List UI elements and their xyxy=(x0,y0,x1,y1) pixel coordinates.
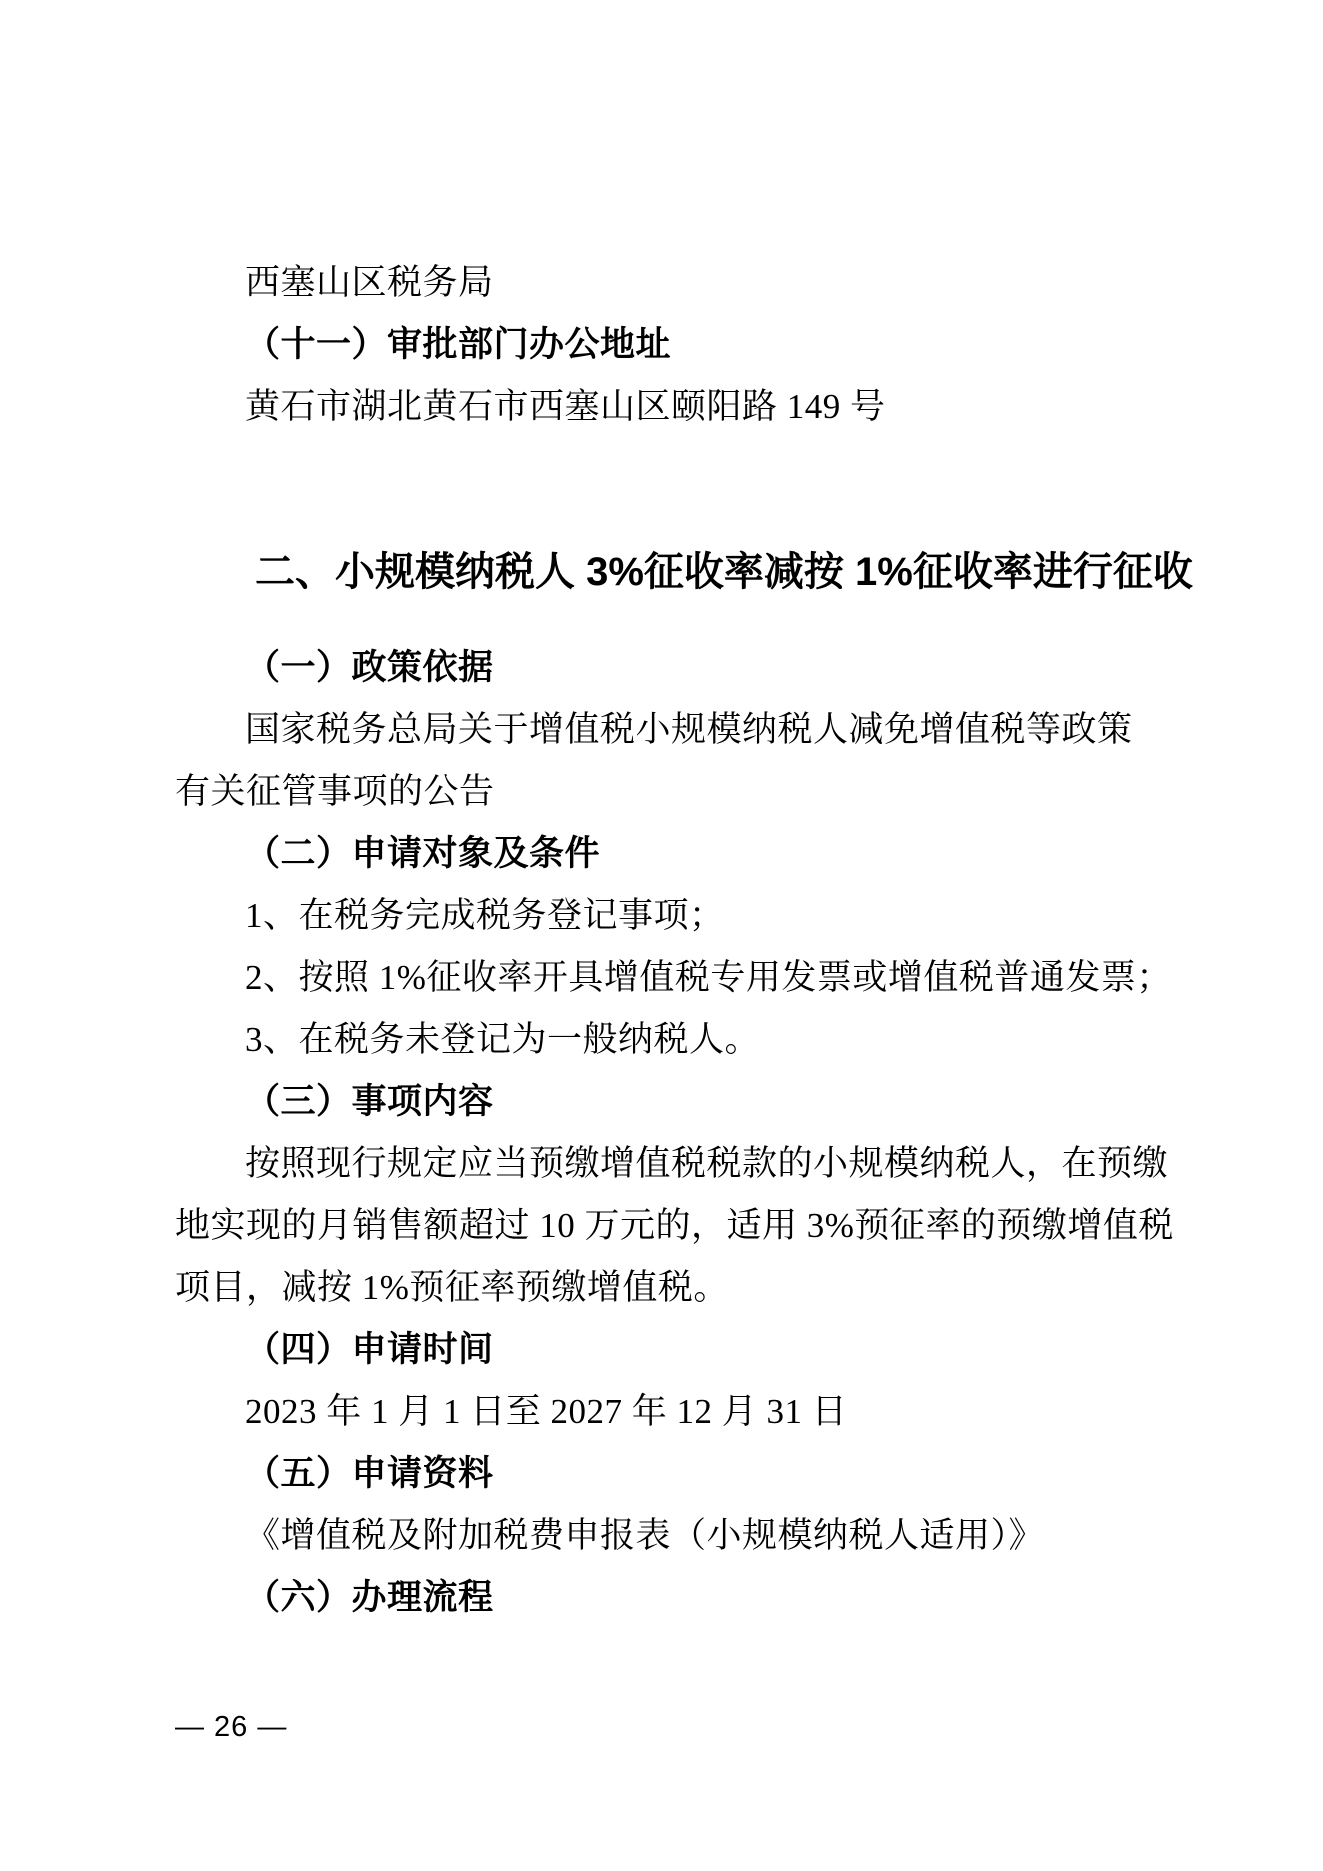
item-content-line-1: 按照现行规定应当预缴增值税税款的小规模纳税人，在预缴 xyxy=(175,1133,1165,1195)
heading-application-time: （四）申请时间 xyxy=(175,1319,1165,1381)
section-2-title: 二、小规模纳税人 3%征收率减按 1%征收率进行征收 xyxy=(175,541,1165,603)
page-number: — 26 — xyxy=(175,1696,287,1758)
condition-item-2: 2、按照 1%征收率开具增值税专用发票或增值税普通发票； xyxy=(175,947,1165,1009)
policy-basis-line-1: 国家税务总局关于增值税小规模纳税人减免增值税等政策 xyxy=(175,699,1165,761)
heading-application-material: （五）申请资料 xyxy=(175,1443,1165,1505)
item-content-line-2: 地实现的月销售额超过 10 万元的，适用 3%预征率的预缴增值税 xyxy=(175,1195,1165,1257)
policy-basis-line-2: 有关征管事项的公告 xyxy=(175,761,1165,823)
application-material-line: 《增值税及附加税费申报表（小规模纳税人适用）》 xyxy=(175,1505,1165,1567)
document-page: 西塞山区税务局 （十一）审批部门办公地址 黄石市湖北黄石市西塞山区颐阳路 149… xyxy=(0,0,1323,1871)
heading-application-target-conditions: （二）申请对象及条件 xyxy=(175,823,1165,885)
item-content-line-3: 项目，减按 1%预征率预缴增值税。 xyxy=(175,1257,1165,1319)
heading-policy-basis: （一）政策依据 xyxy=(175,637,1165,699)
condition-item-3: 3、在税务未登记为一般纳税人。 xyxy=(175,1009,1165,1071)
heading-approval-office-address: （十一）审批部门办公地址 xyxy=(175,314,1165,376)
document-content: 西塞山区税务局 （十一）审批部门办公地址 黄石市湖北黄石市西塞山区颐阳路 149… xyxy=(175,252,1165,1629)
heading-item-content: （三）事项内容 xyxy=(175,1071,1165,1133)
approval-office-address-line: 黄石市湖北黄石市西塞山区颐阳路 149 号 xyxy=(175,376,1165,438)
bureau-name-line: 西塞山区税务局 xyxy=(175,252,1165,314)
condition-item-1: 1、在税务完成税务登记事项； xyxy=(175,885,1165,947)
application-time-range: 2023 年 1 月 1 日至 2027 年 12 月 31 日 xyxy=(175,1381,1165,1443)
heading-handling-process: （六）办理流程 xyxy=(175,1567,1165,1629)
